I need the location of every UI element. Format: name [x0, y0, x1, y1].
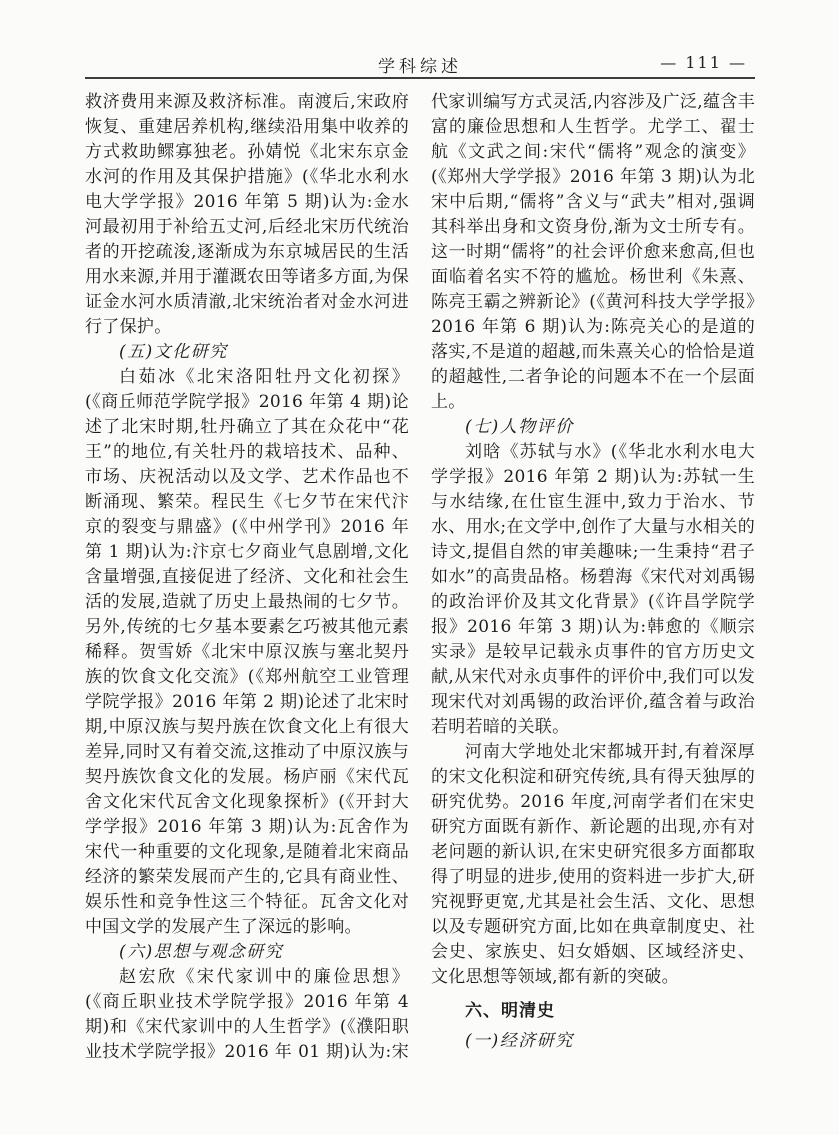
- article-body: 救济费用来源及救济标准。南渡后,宋政府恢复、重建居养机构,继续沿用集中收养的方式…: [85, 90, 755, 1072]
- header-rule: [85, 77, 755, 79]
- section-heading: (六)思想与观念研究: [85, 940, 409, 965]
- section-heading: (七)人物评价: [431, 415, 755, 440]
- running-head: 学科综述: [85, 52, 755, 77]
- page-header: 学科综述 — 111 —: [85, 52, 755, 76]
- paragraph: 白茹冰《北宋洛阳牡丹文化初探》(《商丘师范学院学报》2016 年第 4 期)论述…: [85, 365, 409, 940]
- chapter-heading: 六、明清史: [431, 999, 755, 1024]
- section-heading: (一)经济研究: [431, 1029, 755, 1054]
- paragraph: 刘晗《苏轼与水》(《华北水利水电大学学报》2016 年第 2 期)认为:苏轼一生…: [431, 440, 755, 740]
- paragraph: 河南大学地处北宋都城开封,有着深厚的宋文化积淀和研究传统,具有得天独厚的研究优势…: [431, 740, 755, 990]
- page-number: — 111 —: [660, 53, 747, 72]
- journal-page: 学科综述 — 111 — 救济费用来源及救济标准。南渡后,宋政府恢复、重建居养机…: [0, 0, 839, 1135]
- paragraph: 救济费用来源及救济标准。南渡后,宋政府恢复、重建居养机构,继续沿用集中收养的方式…: [85, 90, 409, 340]
- section-heading: (五)文化研究: [85, 340, 409, 365]
